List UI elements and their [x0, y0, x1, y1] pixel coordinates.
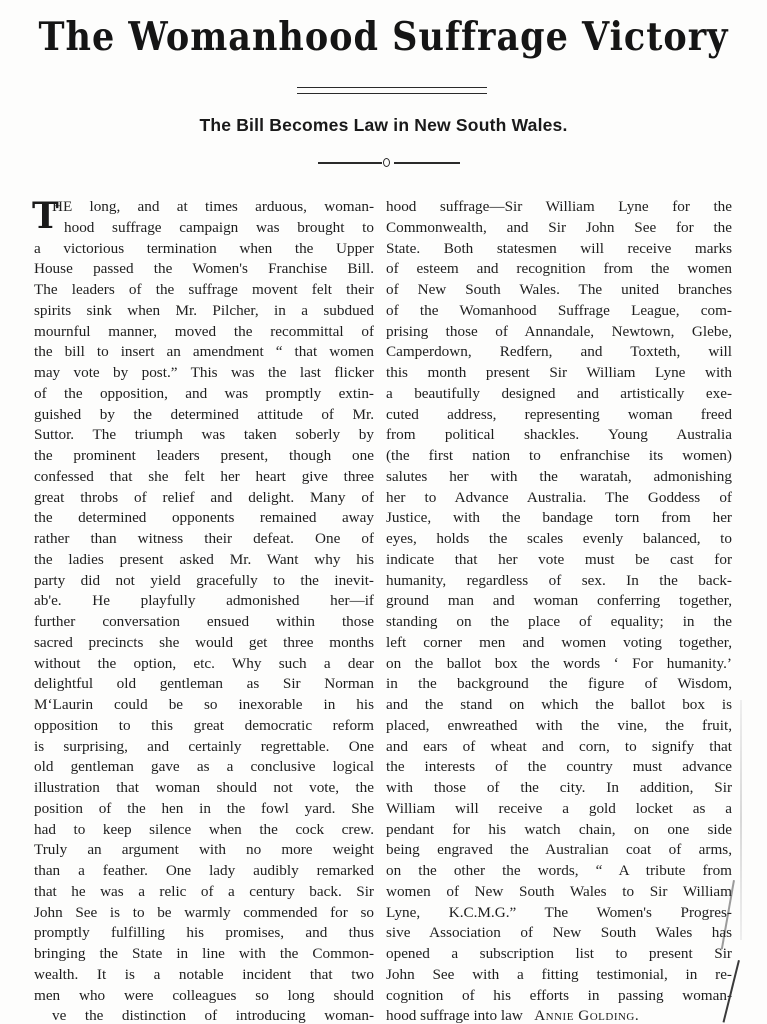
text-line: sive Association of New South Wales has: [386, 923, 732, 944]
text-line: of the Womanhood Suffrage League, com-: [386, 301, 732, 322]
article-subtitle: The Bill Becomes Law in New South Wales.: [0, 115, 767, 136]
left-column: T HE long, and at times arduous, woman- …: [34, 197, 374, 1024]
text-line: without the option, etc. Why such a dear: [34, 654, 374, 675]
text-line: that he was a relic of a century back. S…: [34, 882, 374, 903]
text-line: pendant for his watch chain, on one side: [386, 820, 732, 841]
text-line: from political shackles. Young Australia: [386, 425, 732, 446]
text-line: with those of the city. In addition, Sir: [386, 778, 732, 799]
text-line: this month present Sir William Lyne with: [386, 363, 732, 384]
page-edge-shadow: [740, 700, 742, 940]
text-line: confessed that she felt her heart give t…: [34, 467, 374, 488]
text-line: the prominent leaders present, though on…: [34, 446, 374, 467]
text-line: may vote by post.” This was the last fli…: [34, 363, 374, 384]
text-line: spirits sink when Mr. Pilcher, in a subd…: [34, 301, 374, 322]
first-paragraph-start: T HE long, and at times arduous, woman-: [34, 197, 374, 218]
text-line: of the opposition, and was promptly exti…: [34, 384, 374, 405]
text-line: Suttor. The triumph was taken soberly by: [34, 425, 374, 446]
text-line: the determined opponents remained away: [34, 508, 374, 529]
text-line: and ears of wheat and corn, to signify t…: [386, 737, 732, 758]
right-column: hood suffrage—Sir William Lyne for the C…: [386, 197, 732, 1024]
text-line: opened a subscription list to present Si…: [386, 944, 732, 965]
text-line: women of New South Wales to Sir William: [386, 882, 732, 903]
text-line: bringing the State in line with the Comm…: [34, 944, 374, 965]
author-signature: Annie Golding.: [534, 1007, 639, 1024]
text-line: Commonwealth, and Sir John See for the: [386, 218, 732, 239]
ornament-circle-icon: [383, 158, 390, 167]
text-line: the ladies present asked Mr. Want why hi…: [34, 550, 374, 571]
text-line: of esteem and recognition from the women: [386, 259, 732, 280]
text-line: Truly an argument with no more weight: [34, 840, 374, 861]
text-line: (the first nation to enfranchise its wom…: [386, 446, 732, 467]
text-line: her to Advance Australia. The Goddess of: [386, 488, 732, 509]
closing-text: hood suffrage into law: [386, 1007, 523, 1024]
text-line: John See with a fitting testimonial, in …: [386, 965, 732, 986]
text-line: ab'e. He playfully admonished her—if: [34, 591, 374, 612]
text-line: old gentleman gave as a conclusive logic…: [34, 757, 374, 778]
text-line: wealth. It is a notable incident that tw…: [34, 965, 374, 986]
text-line: than a feather. One lady audibly remarke…: [34, 861, 374, 882]
text-line: salutes her with the waratah, admonishin…: [386, 467, 732, 488]
text-line: guished by the determined attitude of Mr…: [34, 405, 374, 426]
text-line: illustration that woman should not vote,…: [34, 778, 374, 799]
text-line: eyes, holds the scales evenly balanced, …: [386, 529, 732, 550]
text-line: men who were colleagues so long should: [34, 986, 374, 1007]
text-line: M‘Laurin could be so inexorable in his: [34, 695, 374, 716]
ornament-divider: [318, 158, 460, 168]
text-line: rather than witness their defeat. One of: [34, 529, 374, 550]
text-line: HE long, and at times arduous, woman-: [34, 197, 374, 218]
article-title: The Womanhood Suffrage Victory: [0, 14, 767, 60]
text-line: prising those of Annandale, Newtown, Gle…: [386, 322, 732, 343]
text-line: placed, enwreathed with the vine, the fr…: [386, 716, 732, 737]
text-line: hood suffrage campaign was brought to: [34, 218, 374, 239]
text-line: ve the distinction of introducing woman-: [34, 1006, 374, 1024]
text-line: the interests of the country must advanc…: [386, 757, 732, 778]
title-double-rule: [297, 87, 487, 94]
text-line: Camperdown, Redfern, and Toxteth, will: [386, 342, 732, 363]
text-line: indicate that her vote must be cast for: [386, 550, 732, 571]
text-line: sacred precincts she would get three mon…: [34, 633, 374, 654]
text-line: hood suffrage—Sir William Lyne for the: [386, 197, 732, 218]
newspaper-page: The Womanhood Suffrage Victory The Bill …: [0, 0, 767, 1024]
text-line: in the background the figure of Wisdom,: [386, 674, 732, 695]
text-line: mournful manner, moved the recommittal o…: [34, 322, 374, 343]
text-line: cuted address, representing woman freed: [386, 405, 732, 426]
text-line: on the other the words, “ A tribute from: [386, 861, 732, 882]
text-line: a beautifully designed and artistically …: [386, 384, 732, 405]
text-line: The leaders of the suffrage movent felt …: [34, 280, 374, 301]
text-line: a victorious termination when the Upper: [34, 239, 374, 260]
text-line: opposition to this great democratic refo…: [34, 716, 374, 737]
text-line: ground man and woman conferring together…: [386, 591, 732, 612]
text-line: delightful old gentleman as Sir Norman: [34, 674, 374, 695]
text-line: being engraved the Australian coat of ar…: [386, 840, 732, 861]
text-line: great throbs of relief and delight. Many…: [34, 488, 374, 509]
text-line: position of the hen in the fowl yard. Sh…: [34, 799, 374, 820]
drop-cap: T: [32, 198, 59, 234]
text-line: and the stand on which the ballot box is: [386, 695, 732, 716]
closing-line: hood suffrage into law Annie Golding.: [386, 1006, 732, 1024]
ornament-line-left: [318, 162, 382, 164]
text-line: further conversation ensued within those: [34, 612, 374, 633]
text-line: House passed the Women's Franchise Bill.: [34, 259, 374, 280]
text-line: is surprising, and certainly regrettable…: [34, 737, 374, 758]
text-line: on the ballot box the words ‘ For humani…: [386, 654, 732, 675]
text-line: had to keep silence when the cock crew.: [34, 820, 374, 841]
text-line: left corner men and women voting togethe…: [386, 633, 732, 654]
text-line: William will receive a gold locket as a: [386, 799, 732, 820]
text-line: the bill to insert an amendment “ that w…: [34, 342, 374, 363]
text-line: Lyne, K.C.M.G.” The Women's Progres-: [386, 903, 732, 924]
text-line: party did not yield gracefully to the in…: [34, 571, 374, 592]
text-line: of New South Wales. The united branches: [386, 280, 732, 301]
ornament-line-right: [394, 162, 460, 164]
text-line: cognition of his efforts in passing woma…: [386, 986, 732, 1007]
text-line: State. Both statesmen will receive marks: [386, 239, 732, 260]
text-line: John See is to be warmly commended for s…: [34, 903, 374, 924]
text-line: promptly fulfilling his promises, and th…: [34, 923, 374, 944]
text-line: Justice, with the bandage torn from her: [386, 508, 732, 529]
text-line: humanity, regardless of sex. In the back…: [386, 571, 732, 592]
text-line: standing on the place of equality; in th…: [386, 612, 732, 633]
